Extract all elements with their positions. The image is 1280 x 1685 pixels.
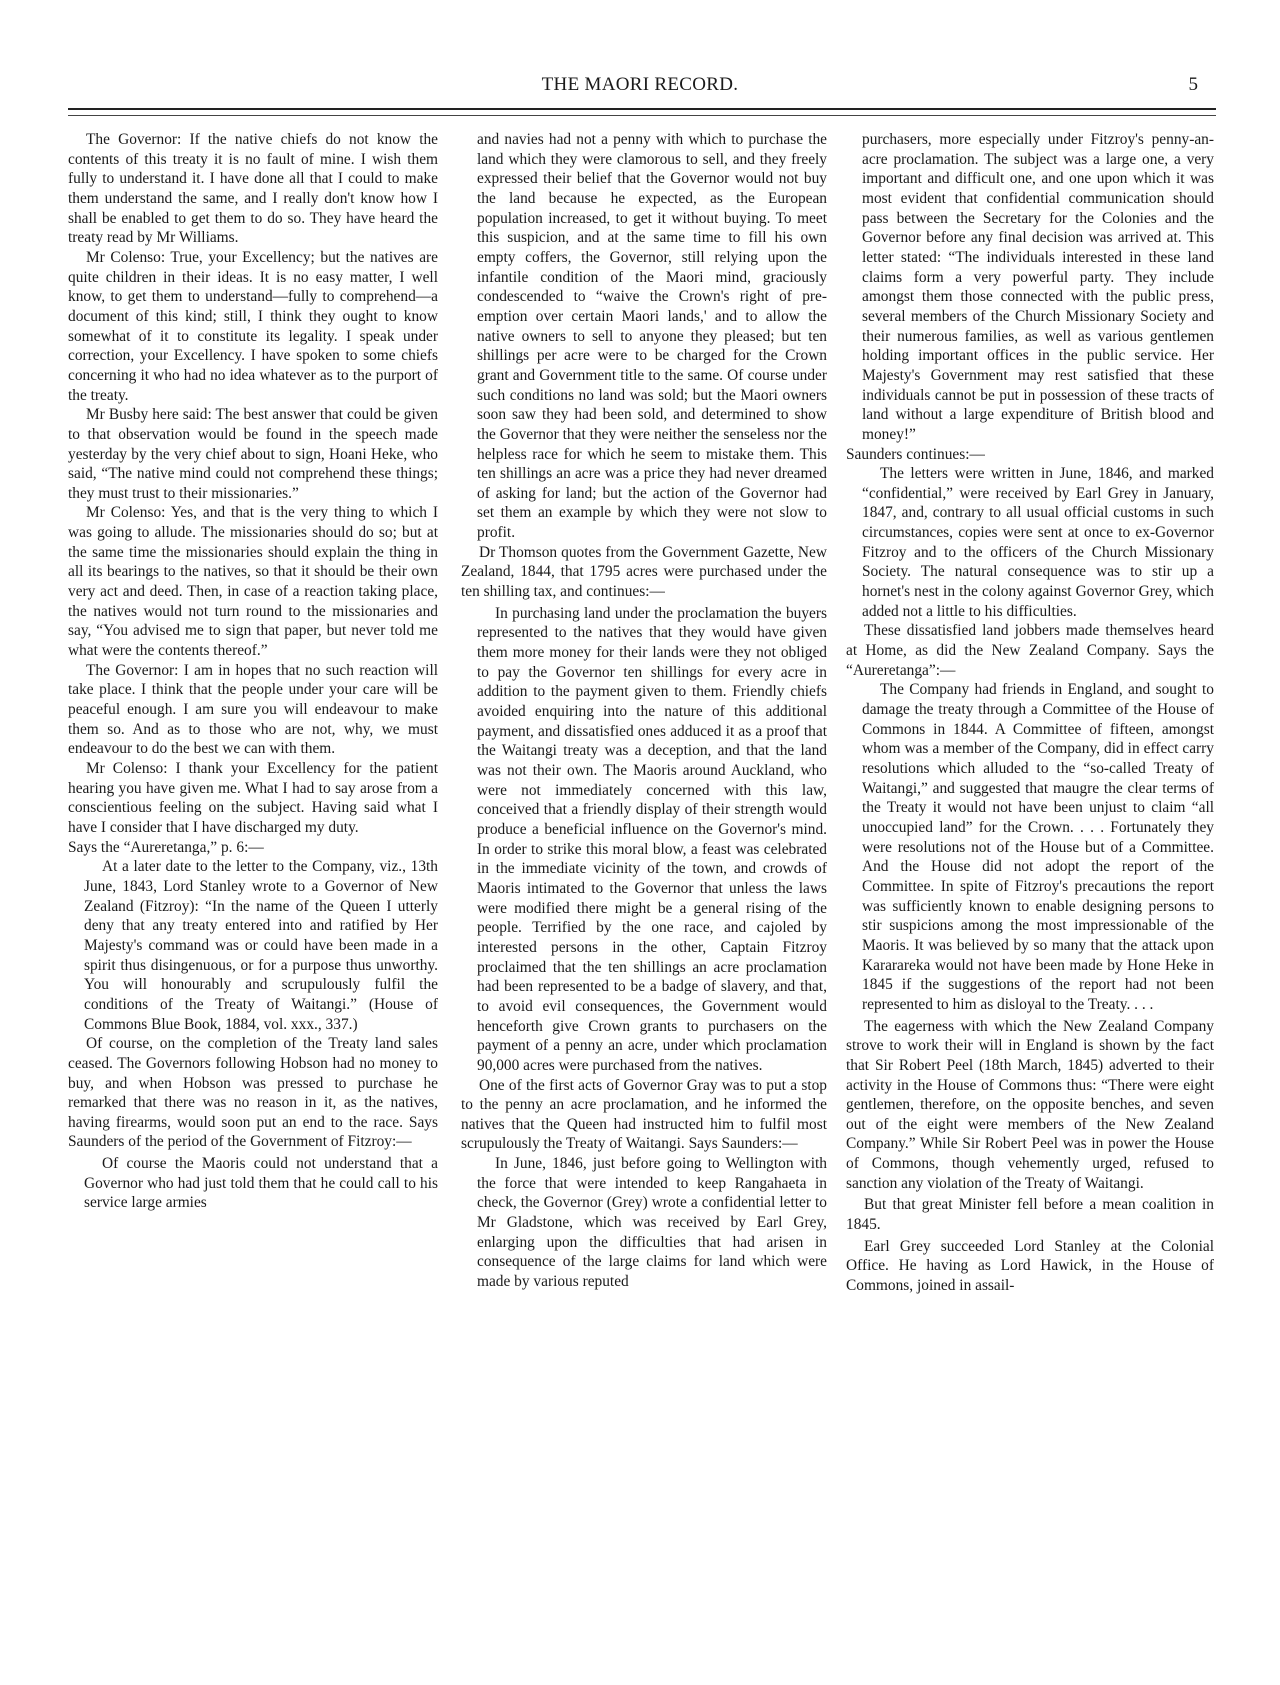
- publication-title: THE MAORI RECORD.: [0, 74, 1280, 96]
- paragraph: The eagerness with which the New Zealand…: [846, 1017, 1214, 1194]
- paragraph: Mr Colenso: Yes, and that is the very th…: [68, 503, 438, 660]
- paragraph: Mr Busby here said: The best answer that…: [68, 405, 438, 503]
- paragraph: The Governor: I am in hopes that no such…: [68, 661, 438, 759]
- paragraph: The Governor: If the native chiefs do no…: [68, 130, 438, 248]
- paragraph: Mr Colenso: True, your Excellency; but t…: [68, 248, 438, 405]
- block-quote-continued: purchasers, more especially under Fitzro…: [862, 130, 1214, 445]
- column-2: and navies had not a penny with which to…: [461, 130, 827, 1292]
- header-rule-top: [68, 108, 1216, 110]
- block-quote: The letters were written in June, 1846, …: [862, 464, 1214, 621]
- block-quote: In purchasing land under the proclamatio…: [477, 604, 827, 1076]
- column-3: purchasers, more especially under Fitzro…: [846, 130, 1214, 1296]
- quote-lead-in: Saunders continues:—: [846, 445, 1214, 465]
- paragraph: Mr Colenso: I thank your Excellency for …: [68, 759, 438, 838]
- running-header: THE MAORI RECORD. 5: [0, 72, 1280, 102]
- block-quote: In June, 1846, just before going to Well…: [477, 1154, 827, 1292]
- block-quote: The Company had friends in England, and …: [862, 680, 1214, 1014]
- paragraph: Dr Thomson quotes from the Government Ga…: [461, 543, 827, 602]
- quote-lead-in: Says the “Aureretanga,” p. 6:—: [68, 838, 438, 858]
- column-1: The Governor: If the native chiefs do no…: [68, 130, 438, 1213]
- paragraph: Of course, on the completion of the Trea…: [68, 1034, 438, 1152]
- header-rule-bottom: [68, 115, 1216, 116]
- block-quote: At a later date to the letter to the Com…: [84, 857, 438, 1034]
- paragraph: One of the first acts of Governor Gray w…: [461, 1076, 827, 1155]
- page-number: 5: [1189, 74, 1199, 96]
- block-quote: Of course the Maoris could not understan…: [84, 1154, 438, 1213]
- block-quote-continued: and navies had not a penny with which to…: [477, 130, 827, 543]
- paragraph: These dissatisfied land jobbers made the…: [846, 621, 1214, 680]
- paragraph: But that great Minister fell before a me…: [846, 1195, 1214, 1234]
- paragraph: Earl Grey succeeded Lord Stanley at the …: [846, 1237, 1214, 1296]
